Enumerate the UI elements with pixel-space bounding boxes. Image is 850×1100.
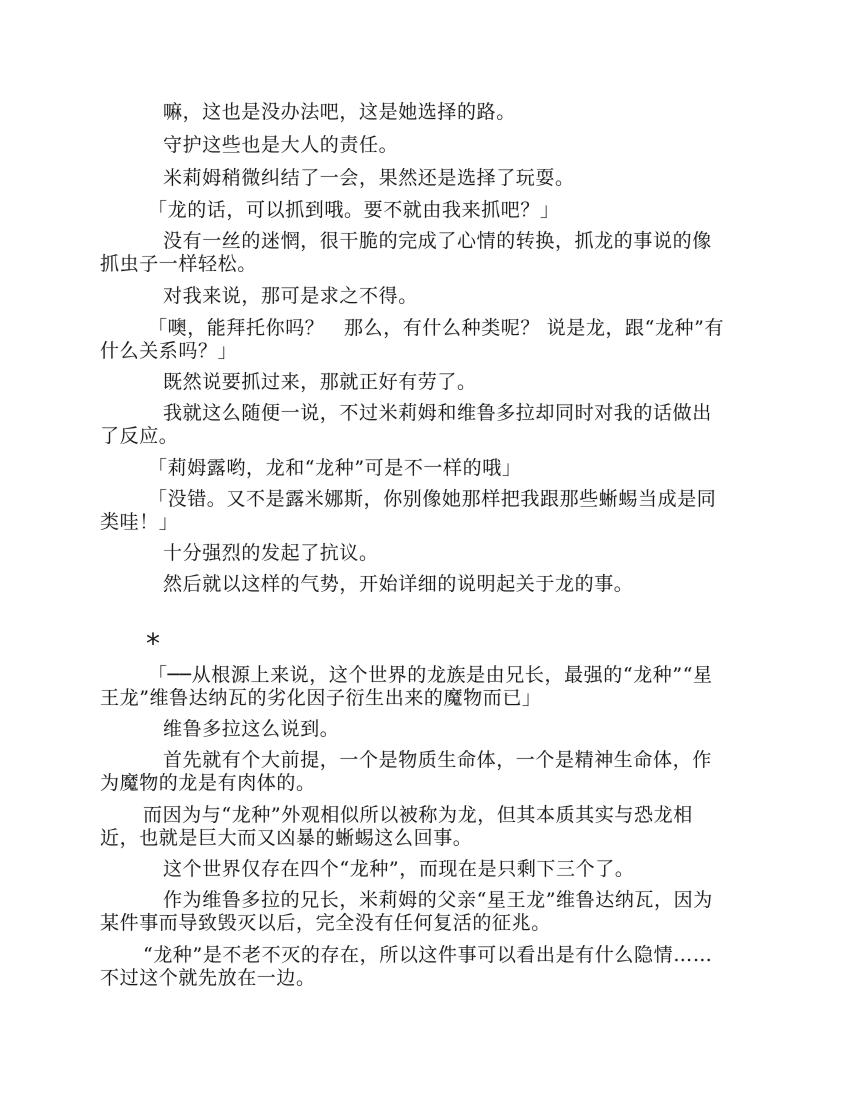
text-line: 不过这个就先放在一边。: [100, 966, 316, 990]
text-line: 作为维鲁多拉的兄长，米莉姆的父亲“星王龙”维鲁达纳瓦，因为: [163, 888, 713, 912]
text-line: 维鲁多拉这么说到。: [163, 717, 339, 741]
text-line: 我就这么随便一说，不过米莉姆和维鲁多拉却同时对我的话做出: [163, 401, 712, 425]
text-line: 「没错。又不是露米娜斯，你别像她那样把我跟那些蜥蜴当成是同: [148, 487, 716, 511]
document-page: 嘛，这也是没办法吧，这是她选择的路。守护这些也是大人的责任。米莉姆稍微纠结了一会…: [0, 0, 850, 1100]
text-line: 类哇！」: [100, 510, 178, 534]
text-line: 「──从根源上来说，这个世界的龙族是由兄长，最强的“龙种”“星: [148, 663, 713, 687]
text-line: 抓虫子一样轻松。: [100, 252, 257, 276]
text-line: 为魔物的龙是有肉体的。: [100, 771, 316, 795]
text-line: 近，也就是巨大而又凶暴的蜥蜴这么回事。: [100, 826, 472, 850]
text-line: 了反应。: [100, 424, 178, 448]
text-line: 十分强烈的发起了抗议。: [163, 541, 379, 565]
text-line: 「噢，能拜托你吗？ 那么，有什么种类呢？ 说是龙，跟“龙种”有: [148, 316, 724, 340]
text-line: 「龙的话，可以抓到哦。要不就由我来抓吧？」: [148, 198, 560, 222]
text-line: 嘛，这也是没办法吧，这是她选择的路。: [163, 100, 516, 124]
text-line: 守护这些也是大人的责任。: [163, 133, 398, 157]
text-line: 对我来说，那可是求之不得。: [163, 284, 418, 308]
text-line: 然后就以这样的气势，开始详细的说明起关于龙的事。: [163, 572, 633, 596]
text-line: 既然说要抓过来，那就正好有劳了。: [163, 370, 477, 394]
text-line: 米莉姆稍微纠结了一会，果然还是选择了玩耍。: [163, 166, 575, 190]
text-line: “龙种”是不老不灭的存在，所以这件事可以看出是有什么隐情……: [143, 943, 712, 967]
text-line: 王龙”维鲁达纳瓦的劣化因子衍生出来的魔物而已」: [100, 686, 542, 710]
text-line: 某件事而导致毁灭以后，完全没有任何复活的征兆。: [100, 911, 551, 935]
text-line: 什么关系吗？」: [100, 339, 237, 363]
text-line: 「莉姆露哟，龙和“龙种”可是不一样的哦」: [148, 456, 521, 480]
text-line: 首先就有个大前提，一个是物质生命体，一个是精神生命体，作: [163, 748, 712, 772]
text-line: 这个世界仅存在四个“龙种”，而现在是只剩下三个了。: [163, 857, 634, 881]
text-line: 没有一丝的迷惘，很干脆的完成了心情的转换，抓龙的事说的像: [163, 229, 712, 253]
text-line: 而因为与“龙种”外观相似所以被称为龙，但其本质其实与恐龙相: [143, 803, 693, 827]
section-separator-asterisk: *: [146, 630, 160, 658]
